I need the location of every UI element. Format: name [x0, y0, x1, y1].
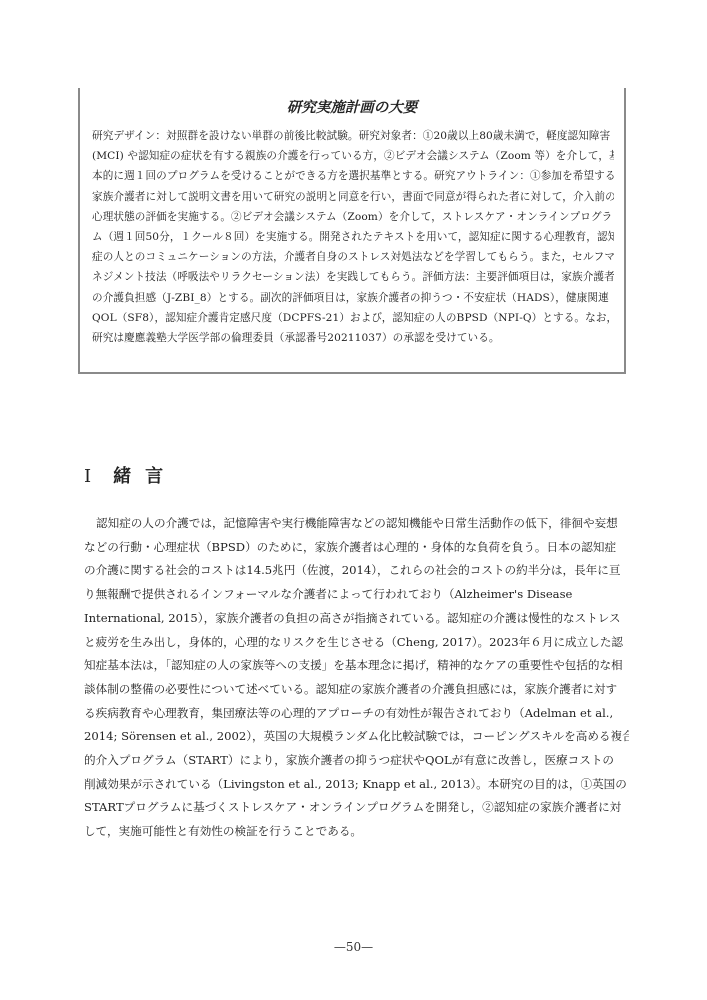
body-line: 的介入プログラム（START）により，家族介護者の抑うつ症状やQOLが有意に改善… [84, 749, 629, 773]
section-number: Ⅰ [84, 466, 91, 487]
summary-line: 家族介護者に対して説明文書を用いて研究の説明と同意を行い，書面で同意が得られた者… [92, 187, 614, 207]
body-line: る疾病教育や心理教育，集団療法等の心理的アプローチの有効性が報告されており（Ad… [84, 702, 629, 726]
body-line: 認知症の人の介護では，記憶障害や実行機能障害などの認知機能や日常生活動作の低下，… [84, 512, 629, 536]
summary-line: 研究は慶應義塾大学医学部の倫理委員（承認番号20211037）の承認を受けている… [92, 328, 614, 348]
summary-line: ネジメント技法（呼吸法やリラクセーション法）を実践してもらう。評価方法：主要評価… [92, 267, 614, 287]
body-line: などの行動・心理症状（BPSD）のために，家族介護者は心理的・身体的な負荷を負う… [84, 536, 629, 560]
section-title-char: 言 [145, 466, 163, 487]
summary-line: 心理状態の評価を実施する。②ビデオ会議システム（Zoom）を介して，ストレスケア… [92, 207, 614, 227]
summary-line: (MCI) や認知症の症状を有する親族の介護を行っている方，②ビデオ会議システム… [92, 146, 614, 166]
introduction-paragraph: 認知症の人の介護では，記憶障害や実行機能障害などの認知機能や日常生活動作の低下，… [84, 512, 629, 844]
body-line: り無報酬で提供されるインフォーマルな介護者によって行われており（Alzheime… [84, 583, 629, 607]
summary-line: QOL（SF8），認知症介護肯定感尺度（DCPFS-21）および，認知症の人のB… [92, 308, 614, 328]
summary-line: 本的に週１回のプログラムを受けることができる方を選択基準とする。研究アウトライン… [92, 166, 614, 186]
body-line: 知症基本法は，「認知症の人の家族等への支援」を基本理念に掲げ，精神的なケアの重要… [84, 654, 629, 678]
body-line: の介護に関する社会的コストは14.5兆円（佐渡，2014），これらの社会的コスト… [84, 559, 629, 583]
body-line: 2014; Sörensen et al., 2002），英国の大規模ランダム化… [84, 725, 629, 749]
body-line: して，実施可能性と有効性の検証を行うことである。 [84, 820, 629, 844]
body-line: 談体制の整備の必要性について述べている。認知症の家族介護者の介護負担感には，家族… [84, 678, 629, 702]
body-line: 削減効果が示されている（Livingston et al., 2013; Kna… [84, 773, 629, 797]
page-number: —50— [0, 940, 707, 954]
summary-line: の介護負担感（J-ZBI_8）とする。副次的評価項目は，家族介護者の抑うつ・不安… [92, 288, 614, 308]
section-title-char: 緒 [113, 466, 131, 487]
section-heading: Ⅰ緒言 [84, 462, 163, 488]
summary-line: ム（週１回50分，１クール８回）を実施する。開発されたテキストを用いて，認知症に… [92, 227, 614, 247]
summary-title: 研究実施計画の大要 [80, 96, 624, 117]
research-summary-box: 研究実施計画の大要 研究デザイン：対照群を設けない単群の前後比較試験。研究対象者… [78, 88, 626, 374]
summary-line: 症の人とのコミュニケーションの方法，介護者自身のストレス対処法などを学習してもら… [92, 247, 614, 267]
body-line: と疲労を生み出し，身体的，心理的なリスクを生じさせる（Cheng, 2017）。… [84, 631, 629, 655]
summary-text: 研究デザイン：対照群を設けない単群の前後比較試験。研究対象者：①20歳以上80歳… [92, 126, 614, 348]
body-line: International, 2015），家族介護者の負担の高さが指摘されている… [84, 607, 629, 631]
body-line: STARTプログラムに基づくストレスケア・オンラインプログラムを開発し，②認知症… [84, 796, 629, 820]
summary-line: 研究デザイン：対照群を設けない単群の前後比較試験。研究対象者：①20歳以上80歳… [92, 126, 614, 146]
